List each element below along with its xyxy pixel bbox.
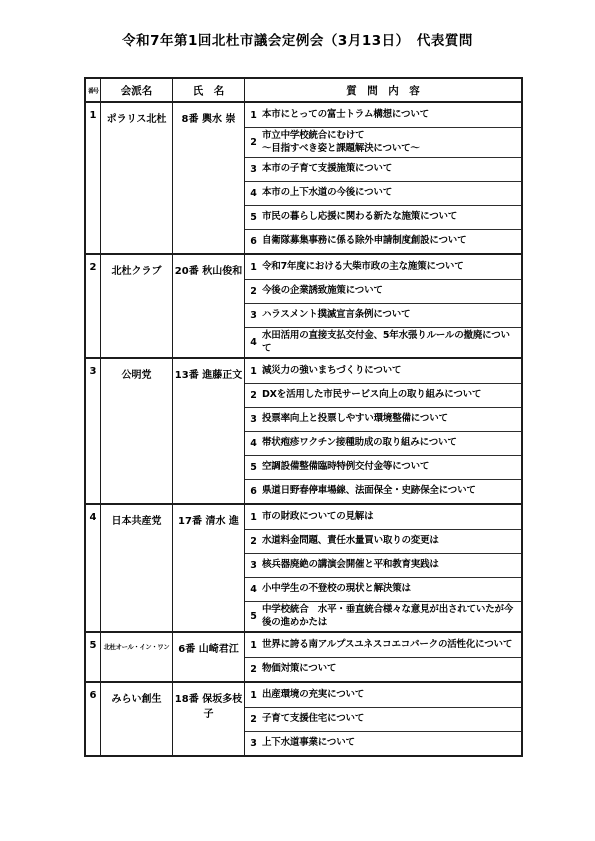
header-cell-number: 番号 [86,79,101,101]
question-row: 5 中学校統合 水平・垂直統合様々な意見が出されていたが今後の進めかたは [245,601,521,631]
question-text: 投票率向上と投票しやすい環境整備について [259,413,448,426]
table-header-row: 番号 会派名 氏 名 質 問 内 容 [86,79,521,103]
table-row: 4 日本共産党 17番 清水 進 1 市の財政についての見解は 2 水道料金問題… [86,503,521,631]
question-number: 3 [248,164,259,175]
member-name: 8番 輿水 崇 [173,103,245,253]
question-row: 3 本市の子育て支援施策について [245,157,521,181]
question-text: 子育て支援住宅について [259,713,364,726]
question-row: 2 市立中学校統合にむけて ～目指すべき姿と課題解決について～ [245,127,521,157]
page-title: 令和7年第1回北杜市議会定例会（3月13日） 代表質問 [0,29,595,49]
questions-table: 番号 会派名 氏 名 質 問 内 容 1 ポラリス北杜 8番 輿水 崇 1 本市… [84,77,523,757]
question-text: 中学校統合 水平・垂直統合様々な意見が出されていたが今後の進めかたは [259,604,517,629]
question-text: 自衛隊募集事務に係る除外申請制度創設について [259,235,466,248]
faction-name: みらい創生 [101,683,173,755]
question-number: 4 [248,584,259,595]
question-number: 5 [248,462,259,473]
question-number: 5 [248,212,259,223]
question-text: 帯状疱疹ワクチン接種助成の取り組みについて [259,437,457,450]
question-text: ハラスメント撲滅宣言条例について [259,309,410,322]
question-row: 2 水道料金問題、責任水量買い取りの変更は [245,529,521,553]
question-text: 今後の企業誘致施策について [259,285,383,298]
question-text: 小中学生の不登校の現状と解決策は [259,583,411,596]
question-row: 5 空調設備整備臨時特例交付金等について [245,455,521,479]
question-row: 6 自衛隊募集事務に係る除外申請制度創設について [245,229,521,253]
question-row: 3 上下水道事業について [245,731,521,755]
member-name: 13番 進藤正文 [173,359,245,503]
question-row: 3 投票率向上と投票しやすい環境整備について [245,407,521,431]
question-number: 2 [248,664,259,675]
questions-column: 1 本市にとっての富士トラム構想について 2 市立中学校統合にむけて ～目指すべ… [245,103,521,253]
row-number: 1 [86,103,101,253]
question-row: 3 核兵器廃絶の講演会開催と平和教育実践は [245,553,521,577]
table-row: 2 北杜クラブ 20番 秋山俊和 1 令和7年度における大柴市政の主な施策につい… [86,253,521,357]
faction-name: 公明党 [101,359,173,503]
member-name: 6番 山崎君江 [173,633,245,681]
question-row: 4 水田活用の直接支払交付金、5年水張りルールの撤廃について [245,327,521,357]
question-number: 1 [248,366,259,377]
question-number: 1 [248,690,259,701]
question-row: 4 帯状疱疹ワクチン接種助成の取り組みについて [245,431,521,455]
member-name: 17番 清水 進 [173,505,245,631]
question-row: 2 物価対策について [245,657,521,681]
member-name: 18番 保坂多枝子 [173,683,245,755]
row-number: 2 [86,255,101,357]
question-text: 水田活用の直接支払交付金、5年水張りルールの撤廃について [259,330,517,355]
question-row: 4 小中学生の不登校の現状と解決策は [245,577,521,601]
question-text: 市の財政についての見解は [259,511,373,524]
header-cell-faction: 会派名 [101,79,173,101]
question-text: 本市にとっての富士トラム構想について [259,109,429,122]
question-number: 2 [248,536,259,547]
question-number: 6 [248,486,259,497]
question-number: 4 [248,438,259,449]
question-number: 2 [248,714,259,725]
question-row: 2 DXを活用した市民サービス向上の取り組みについて [245,383,521,407]
question-row: 1 市の財政についての見解は [245,505,521,529]
question-number: 3 [248,414,259,425]
question-text: 本市の上下水道の今後について [259,187,392,200]
question-number: 3 [248,310,259,321]
question-row: 1 出産環境の充実について [245,683,521,707]
row-number: 3 [86,359,101,503]
faction-name: 北杜クラブ [101,255,173,357]
table-row: 6 みらい創生 18番 保坂多枝子 1 出産環境の充実について 2 子育て支援住… [86,681,521,755]
table-row: 5 北杜オール・イン・ワン 6番 山崎君江 1 世界に誇る南アルプスユネスコエコ… [86,631,521,681]
question-row: 4 本市の上下水道の今後について [245,181,521,205]
document-page: 令和7年第1回北杜市議会定例会（3月13日） 代表質問 番号 会派名 氏 名 質… [0,0,595,841]
question-number: 4 [248,337,259,348]
faction-name: ポラリス北杜 [101,103,173,253]
faction-name: 北杜オール・イン・ワン [101,633,173,681]
row-number: 6 [86,683,101,755]
question-number: 1 [248,110,259,121]
question-text: 減災力の強いまちづくりについて [259,365,401,378]
row-number: 5 [86,633,101,681]
question-row: 1 本市にとっての富士トラム構想について [245,103,521,127]
question-number: 3 [248,560,259,571]
header-cell-content: 質 問 内 容 [245,79,521,101]
question-text: 市立中学校統合にむけて ～目指すべき姿と課題解決について～ [259,130,420,155]
table-row: 3 公明党 13番 進藤正文 1 減災力の強いまちづくりについて 2 DXを活用… [86,357,521,503]
question-number: 2 [248,390,259,401]
question-row: 3 ハラスメント撲滅宣言条例について [245,303,521,327]
question-row: 6 県道日野春停車場線、法面保全・史跡保全について [245,479,521,503]
question-row: 1 減災力の強いまちづくりについて [245,359,521,383]
question-number: 2 [248,286,259,297]
questions-column: 1 減災力の強いまちづくりについて 2 DXを活用した市民サービス向上の取り組み… [245,359,521,503]
question-number: 2 [248,137,259,148]
member-name: 20番 秋山俊和 [173,255,245,357]
question-text: 市民の暮らし応援に関わる新たな施策について [259,211,457,224]
question-row: 5 市民の暮らし応援に関わる新たな施策について [245,205,521,229]
question-text: DXを活用した市民サービス向上の取り組みについて [259,389,481,402]
question-number: 1 [248,640,259,651]
question-text: 上下水道事業について [259,737,355,750]
row-number: 4 [86,505,101,631]
question-number: 6 [248,236,259,247]
questions-column: 1 令和7年度における大柴市政の主な施策について 2 今後の企業誘致施策について… [245,255,521,357]
table-row: 1 ポラリス北杜 8番 輿水 崇 1 本市にとっての富士トラム構想について 2 … [86,103,521,253]
question-number: 4 [248,188,259,199]
header-cell-name: 氏 名 [173,79,245,101]
question-text: 世界に誇る南アルプスユネスコエコパークの活性化について [259,639,512,652]
question-number: 1 [248,512,259,523]
question-row: 2 子育て支援住宅について [245,707,521,731]
faction-name: 日本共産党 [101,505,173,631]
question-number: 1 [248,262,259,273]
question-text: 水道料金問題、責任水量買い取りの変更は [259,535,439,548]
question-text: 本市の子育て支援施策について [259,163,392,176]
question-row: 1 世界に誇る南アルプスユネスコエコパークの活性化について [245,633,521,657]
question-row: 2 今後の企業誘致施策について [245,279,521,303]
question-row: 1 令和7年度における大柴市政の主な施策について [245,255,521,279]
question-text: 空調設備整備臨時特例交付金等について [259,461,429,474]
question-text: 県道日野春停車場線、法面保全・史跡保全について [259,485,476,498]
questions-column: 1 市の財政についての見解は 2 水道料金問題、責任水量買い取りの変更は 3 核… [245,505,521,631]
question-text: 物価対策について [259,663,336,676]
questions-column: 1 世界に誇る南アルプスユネスコエコパークの活性化について 2 物価対策について [245,633,521,681]
question-number: 5 [248,611,259,622]
question-number: 3 [248,738,259,749]
question-text: 令和7年度における大柴市政の主な施策について [259,261,464,274]
question-text: 核兵器廃絶の講演会開催と平和教育実践は [259,559,439,572]
question-text: 出産環境の充実について [259,689,364,702]
questions-column: 1 出産環境の充実について 2 子育て支援住宅について 3 上下水道事業について [245,683,521,755]
